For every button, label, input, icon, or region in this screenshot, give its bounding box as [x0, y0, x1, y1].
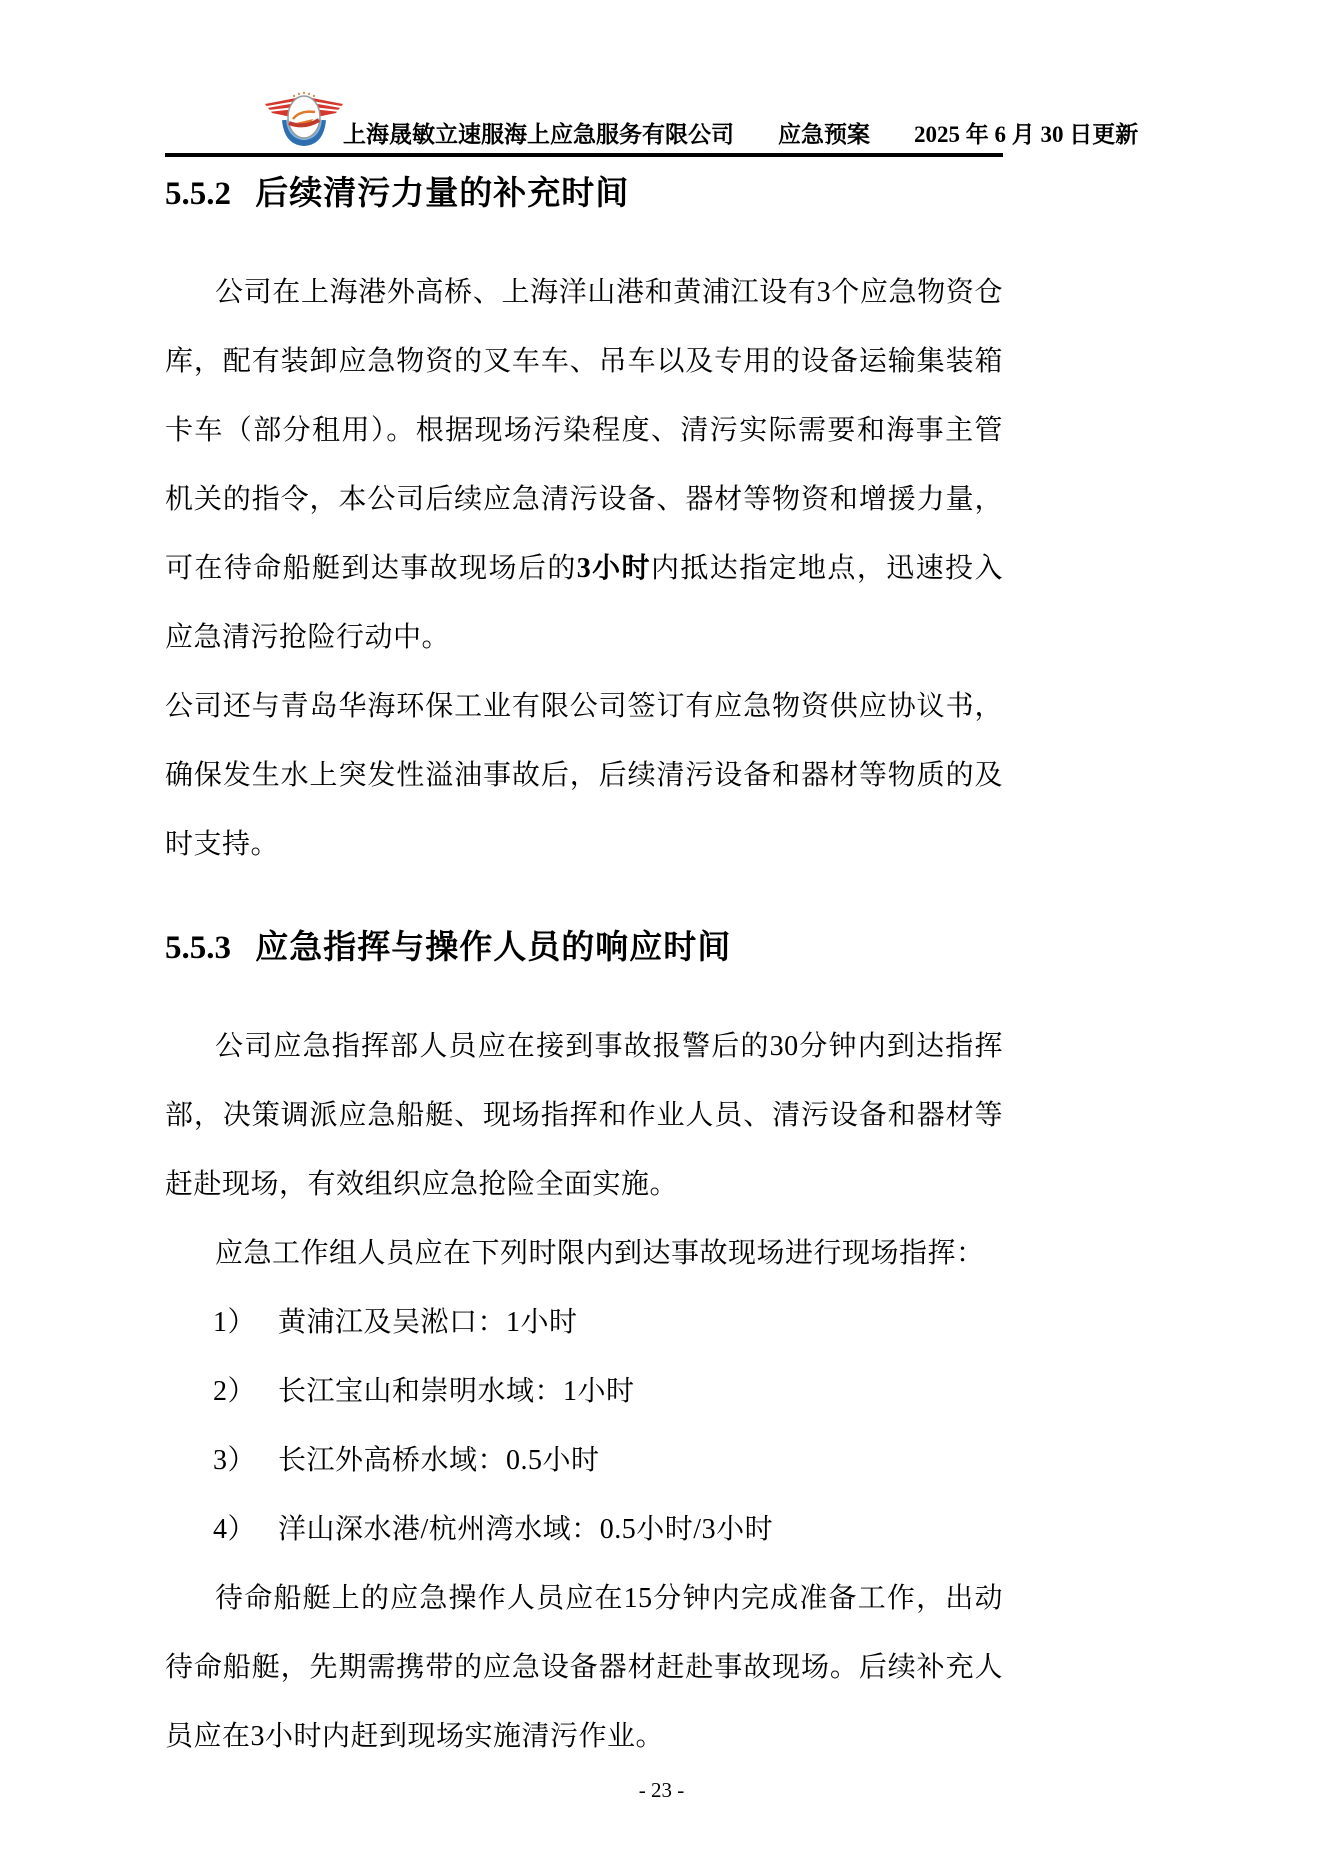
list-item-text: 洋山深水港/杭州湾水域：0.5小时/3小时	[278, 1514, 773, 1545]
page-header: 上海晟敏立速服海上应急服务有限公司 应急预案 2025 年 6 月 30 日更新	[165, 0, 1003, 157]
section-number: 5.5.2	[165, 176, 231, 212]
section-title: 应急指挥与操作人员的响应时间	[255, 928, 731, 965]
section-number: 5.5.3	[165, 930, 231, 966]
response-time-list: 1）黄浦江及吴淞口：1小时 2）长江宝山和崇明水域：1小时 3）长江外高桥水域：…	[165, 1288, 1003, 1564]
list-item: 2）长江宝山和崇明水域：1小时	[165, 1357, 1003, 1426]
document-page: 上海晟敏立速服海上应急服务有限公司 应急预案 2025 年 6 月 30 日更新…	[0, 0, 1323, 1871]
header-company-name: 上海晟敏立速服海上应急服务有限公司	[343, 116, 734, 149]
list-item-marker: 1）	[213, 1288, 256, 1357]
section-heading-5-5-3: 5.5.3 应急指挥与操作人员的响应时间	[165, 925, 1003, 970]
paragraph-list-intro: 应急工作组人员应在下列时限内到达事故现场进行现场指挥：	[165, 1219, 1003, 1288]
company-logo-icon	[263, 90, 345, 150]
document-body: 5.5.2 后续清污力量的补充时间 公司在上海港外高桥、上海洋山港和黄浦江设有3…	[165, 161, 1003, 1771]
section-title: 后续清污力量的补充时间	[255, 174, 629, 211]
list-item-marker: 2）	[213, 1357, 256, 1426]
list-item: 1）黄浦江及吴淞口：1小时	[165, 1288, 1003, 1357]
paragraph-supply-warehouses: 公司在上海港外高桥、上海洋山港和黄浦江设有3个应急物资仓库，配有装卸应急物资的叉…	[165, 258, 1003, 672]
list-item-text: 长江外高桥水域：0.5小时	[278, 1445, 600, 1476]
list-item-text: 黄浦江及吴淞口：1小时	[278, 1307, 578, 1338]
page-footer: - 23 -	[0, 1778, 1323, 1803]
list-item: 3）长江外高桥水域：0.5小时	[165, 1426, 1003, 1495]
list-item-marker: 3）	[213, 1426, 256, 1495]
header-updated-date: 2025 年 6 月 30 日更新	[914, 116, 1138, 149]
paragraph-qingdao-agreement: 公司还与青岛华海环保工业有限公司签订有应急物资供应协议书，确保发生水上突发性溢油…	[165, 672, 1003, 879]
list-item-marker: 4）	[213, 1495, 256, 1564]
header-doc-type: 应急预案	[778, 116, 870, 149]
page-number: - 23 -	[639, 1778, 685, 1802]
section-heading-5-5-2: 5.5.2 后续清污力量的补充时间	[165, 171, 1003, 216]
paragraph-standby-boats: 待命船艇上的应急操作人员应在15分钟内完成准备工作，出动待命船艇，先期需携带的应…	[165, 1564, 1003, 1771]
list-item-text: 长江宝山和崇明水域：1小时	[278, 1376, 635, 1407]
list-item: 4）洋山深水港/杭州湾水域：0.5小时/3小时	[165, 1495, 1003, 1564]
paragraph-command-response: 公司应急指挥部人员应在接到事故报警后的30分钟内到达指挥部，决策调派应急船艇、现…	[165, 1012, 1003, 1219]
